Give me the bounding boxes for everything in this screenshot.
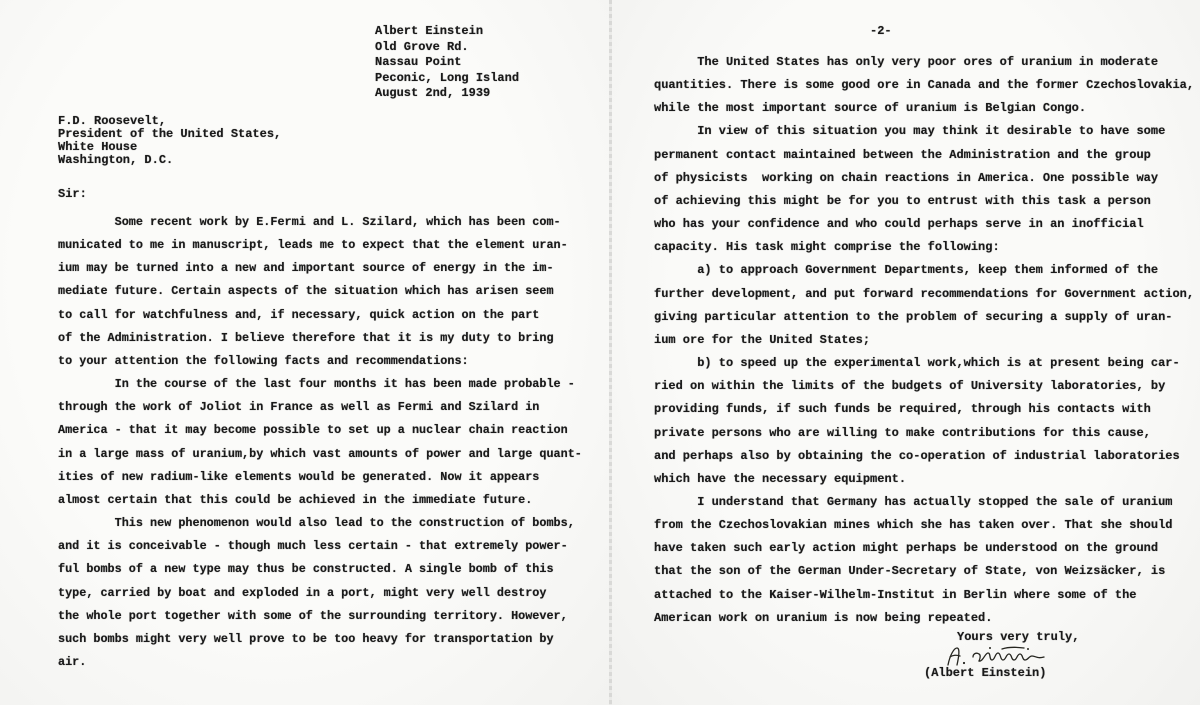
text-line: permanent contact maintained between the… bbox=[654, 144, 1194, 167]
text-line: almost certain that this could be achiev… bbox=[58, 489, 582, 512]
signed-name: (Albert Einstein) bbox=[924, 666, 1046, 680]
letter-photograph: Albert EinsteinOld Grove Rd.Nassau Point… bbox=[0, 0, 1200, 705]
text-line: while the most important source of urani… bbox=[654, 97, 1194, 120]
text-line: capacity. His task might comprise the fo… bbox=[654, 236, 1194, 259]
text-line: to your attention the following facts an… bbox=[58, 350, 582, 373]
text-line: private persons who are willing to make … bbox=[654, 422, 1194, 445]
text-line: further development, and put forward rec… bbox=[654, 283, 1194, 306]
letter-page-1: Albert EinsteinOld Grove Rd.Nassau Point… bbox=[0, 0, 609, 705]
text-line: which have the necessary equipment. bbox=[654, 468, 1194, 491]
text-line: ium may be turned into a new and importa… bbox=[58, 257, 582, 280]
text-line: giving particular attention to the probl… bbox=[654, 306, 1194, 329]
letter-date: August 2nd, 1939 bbox=[375, 86, 490, 100]
text-line: that the son of the German Under-Secreta… bbox=[654, 560, 1194, 583]
text-line: Albert Einstein bbox=[375, 24, 519, 40]
text-line: This new phenomenon would also lead to t… bbox=[58, 512, 582, 535]
text-line: b) to speed up the experimental work,whi… bbox=[654, 352, 1194, 375]
text-line: I understand that Germany has actually s… bbox=[654, 491, 1194, 514]
text-line: quantities. There is some good ore in Ca… bbox=[654, 74, 1194, 97]
text-line: of physicists working on chain reactions… bbox=[654, 167, 1194, 190]
text-line: In the course of the last four months it… bbox=[58, 373, 582, 396]
text-line: in a large mass of uranium,by which vast… bbox=[58, 443, 582, 466]
text-line: to call for watchfulness and, if necessa… bbox=[58, 304, 582, 327]
letter-page-2: -2- The United States has only very poor… bbox=[612, 0, 1200, 705]
text-line: the whole port together with some of the… bbox=[58, 605, 582, 628]
text-line: through the work of Joliot in France as … bbox=[58, 396, 582, 419]
text-line: mediate future. Certain aspects of the s… bbox=[58, 280, 582, 303]
text-line: from the Czechoslovakian mines which she… bbox=[654, 514, 1194, 537]
text-line: such bombs might very well prove to be t… bbox=[58, 628, 582, 651]
text-line: Some recent work by E.Fermi and L. Szila… bbox=[58, 211, 582, 234]
text-line: attached to the Kaiser-Wilhelm-Institut … bbox=[654, 584, 1194, 607]
text-line: Peconic, Long Island bbox=[375, 71, 519, 87]
text-line: Nassau Point bbox=[375, 55, 519, 71]
text-line: The United States has only very poor ore… bbox=[654, 51, 1194, 74]
text-line: Washington, D.C. bbox=[58, 154, 281, 167]
text-line: In view of this situation you may think … bbox=[654, 120, 1194, 143]
recipient-address: F.D. Roosevelt,President of the United S… bbox=[58, 115, 281, 167]
text-line: America - that it may become possible to… bbox=[58, 419, 582, 442]
page2-body-text: The United States has only very poor ore… bbox=[654, 51, 1194, 630]
text-line: municated to me in manuscript, leads me … bbox=[58, 234, 582, 257]
text-line: ried on within the limits of the budgets… bbox=[654, 375, 1194, 398]
text-line: American work on uranium is now being re… bbox=[654, 607, 1194, 630]
page-number: -2- bbox=[870, 24, 892, 38]
text-line: air. bbox=[58, 651, 582, 674]
text-line: of the Administration. I believe therefo… bbox=[58, 327, 582, 350]
page1-body-text: Some recent work by E.Fermi and L. Szila… bbox=[58, 211, 582, 674]
text-line: providing funds, if such funds be requir… bbox=[654, 398, 1194, 421]
text-line: who has your confidence and who could pe… bbox=[654, 213, 1194, 236]
text-line: ium ore for the United States; bbox=[654, 329, 1194, 352]
sender-address: Albert EinsteinOld Grove Rd.Nassau Point… bbox=[375, 24, 519, 86]
text-line: ful bombs of a new type may thus be cons… bbox=[58, 558, 582, 581]
text-line: and perhaps also by obtaining the co-ope… bbox=[654, 445, 1194, 468]
text-line: Old Grove Rd. bbox=[375, 40, 519, 56]
text-line: a) to approach Government Departments, k… bbox=[654, 259, 1194, 282]
text-line: and it is conceivable - though much less… bbox=[58, 535, 582, 558]
text-line: ities of new radium-like elements would … bbox=[58, 466, 582, 489]
salutation: Sir: bbox=[58, 187, 87, 201]
text-line: type, carried by boat and exploded in a … bbox=[58, 582, 582, 605]
text-line: of achieving this might be for you to en… bbox=[654, 190, 1194, 213]
text-line: have taken such early action might perha… bbox=[654, 537, 1194, 560]
